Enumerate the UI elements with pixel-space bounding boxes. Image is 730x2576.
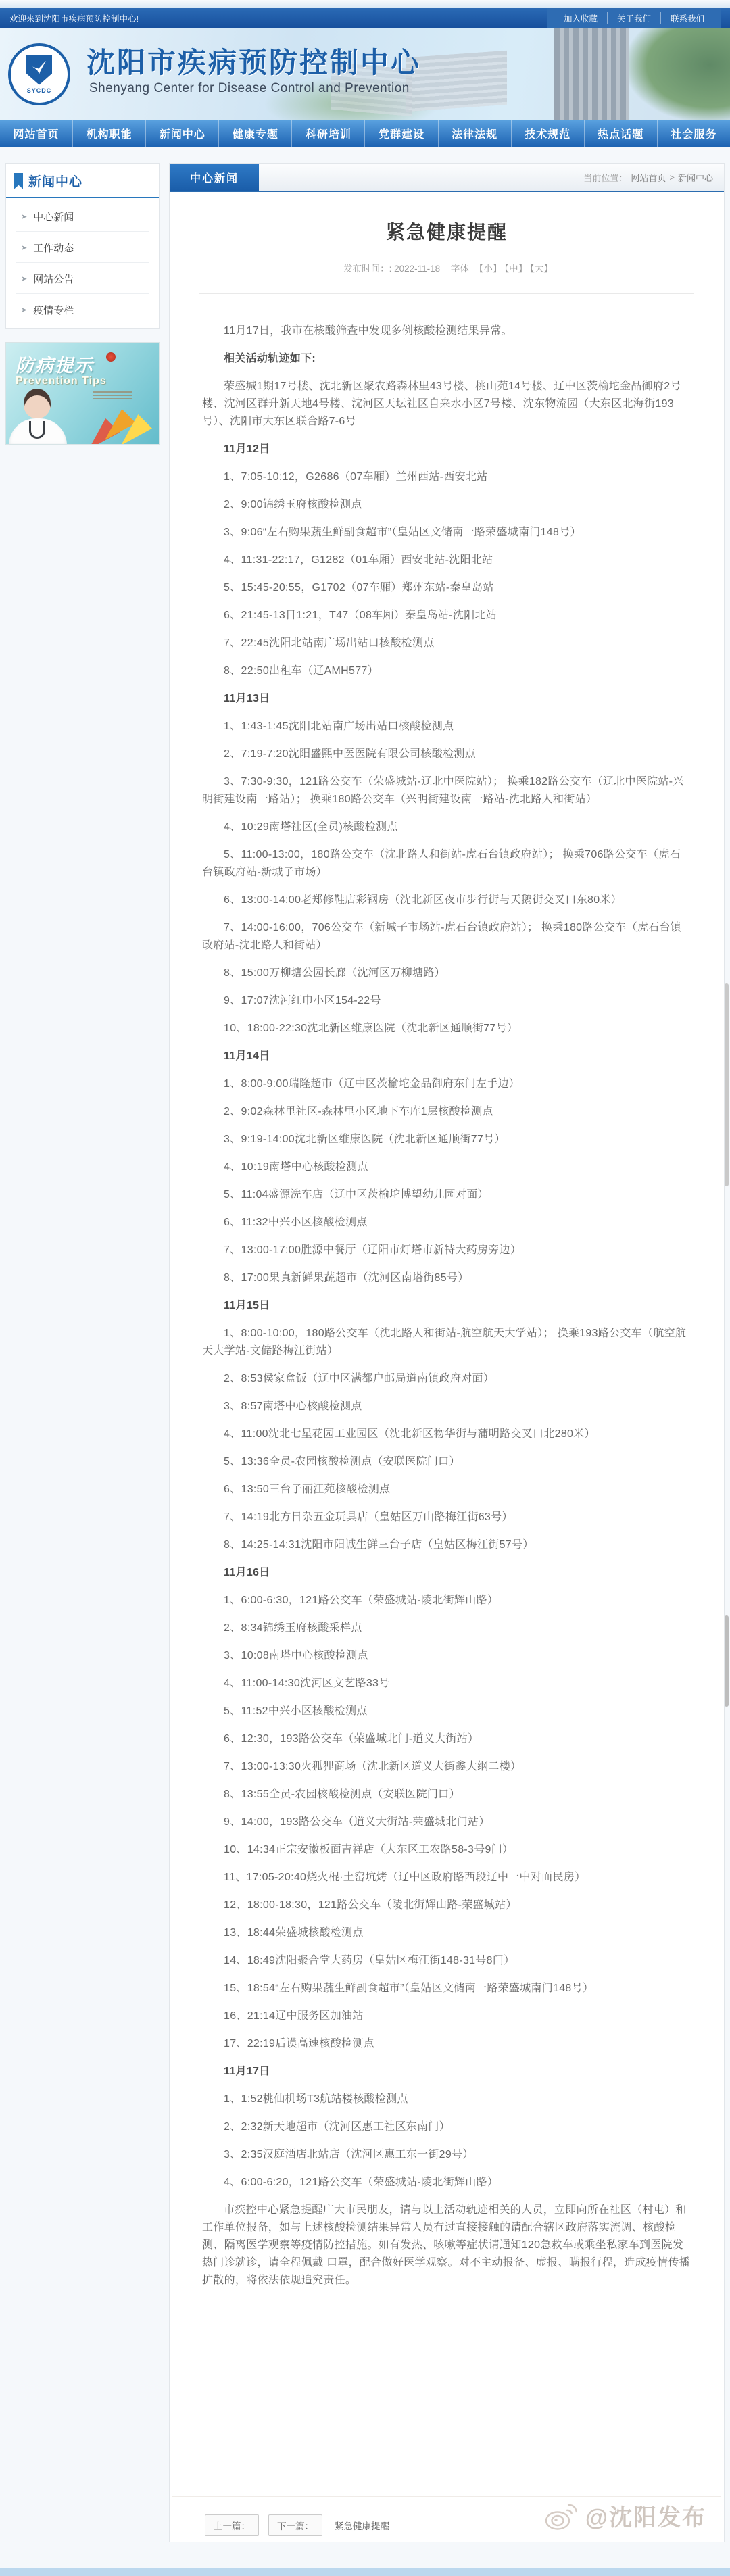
breadcrumb-label: 当前位置： xyxy=(583,171,627,184)
article-paragraph: 11月16日 xyxy=(202,1564,691,1582)
weibo-watermark: @沈阳发布 xyxy=(543,2499,706,2532)
next-article-link[interactable]: 紧急健康提醒 xyxy=(335,2519,389,2532)
sidebar-item-label: 工作动态 xyxy=(33,241,74,255)
article-paragraph: 11、17:05-20:40烧火棍·土窑坑烤（辽中区政府路西段辽中一中对面民房） xyxy=(202,1869,691,1887)
sidebar-menu-box: 新闻中心 ➤ 中心新闻 ➤ 工作动态 ➤ 网站公告 xyxy=(5,163,160,329)
article-paragraph: 6、13:00-14:00老郑修鞋店彩钢房（沈北新区夜市步行街与天鹅街交叉口东8… xyxy=(202,892,691,909)
sidebar-menu-item[interactable]: ➤ 工作动态 xyxy=(6,232,159,263)
nav-item[interactable]: 新闻中心 xyxy=(146,120,219,147)
article-paragraph: 7、14:19北方日杂五金玩具店（皇姑区万山路梅江街63号） xyxy=(202,1509,691,1526)
meta-divider xyxy=(199,293,694,294)
article-paragraph: 11月13日 xyxy=(202,690,691,708)
article-paragraph: 7、13:00-17:00胜源中餐厅（辽阳市灯塔市新特大药房旁边） xyxy=(202,1242,691,1259)
ribbon-bookmark-icon xyxy=(14,173,23,189)
main-nav: 网站首页机构职能新闻中心健康专题科研培训党群建设法律法规技术规范热点话题社会服务 xyxy=(0,120,730,147)
article-paragraph: 1、7:05-10:12，G2686（07车厢）兰州西站-西安北站 xyxy=(202,468,691,486)
article-paragraph: 9、14:00，193路公交车（道义大街站-荣盛城北门站） xyxy=(202,1814,691,1831)
nav-item[interactable]: 法律法规 xyxy=(439,120,512,147)
article-paragraph: 2、8:34锦绣玉府核酸采样点 xyxy=(202,1620,691,1637)
prev-article-button[interactable]: 上一篇： xyxy=(205,2514,259,2536)
article-paragraph: 6、11:32中兴小区核酸检测点 xyxy=(202,1214,691,1232)
article-paragraph: 5、13:36全员-农园核酸检测点（安联医院门口） xyxy=(202,1453,691,1471)
nav-item[interactable]: 机构职能 xyxy=(73,120,146,147)
article-paragraph: 5、11:52中兴小区核酸检测点 xyxy=(202,1703,691,1720)
banner-trees-right xyxy=(629,28,730,120)
article-paragraph: 2、8:53侯家盒饭（辽中区满都户邮局道南镇政府对面） xyxy=(202,1370,691,1388)
article-paragraph: 4、10:19南塔中心核酸检测点 xyxy=(202,1159,691,1176)
article-paragraph: 4、10:29南塔社区(全员)核酸检测点 xyxy=(202,819,691,836)
article-paragraph: 8、13:55全员-农园核酸检测点（安联医院门口） xyxy=(202,1786,691,1803)
next-article-button[interactable]: 下一篇： xyxy=(268,2514,322,2536)
font-size-option[interactable]: 【中】 xyxy=(504,264,527,274)
nav-item[interactable]: 网站首页 xyxy=(0,120,73,147)
article-paragraph: 4、11:31-22:17，G1282（01车厢）西安北站-沈阳北站 xyxy=(202,552,691,569)
article-paragraph: 2、7:19-7:20沈阳盛熙中医医院有限公司核酸检测点 xyxy=(202,746,691,763)
article-paragraph: 11月15日 xyxy=(202,1297,691,1315)
content-panel: 中心新闻 当前位置： 网站首页 > 新闻中心 紧急健康提醒 发布时间：: 202… xyxy=(169,163,725,2542)
article-paragraph: 2、9:00锦绣玉府核酸检测点 xyxy=(202,496,691,514)
breadcrumb-separator: > xyxy=(669,172,675,183)
article-paragraph: 3、10:08南塔中心核酸检测点 xyxy=(202,1647,691,1665)
article-paragraph: 4、11:00-14:30沈河区文艺路33号 xyxy=(202,1675,691,1693)
article-paragraph: 9、17:07沈河红巾小区154-22号 xyxy=(202,992,691,1010)
article-paragraph: 6、12:30，193路公交车（荣盛城北门-道义大街站） xyxy=(202,1730,691,1748)
article-paragraph: 7、22:45沈阳北站南广场出站口核酸检测点 xyxy=(202,635,691,652)
scrollbar-thumb[interactable] xyxy=(725,1615,729,1707)
article-paragraph: 8、14:25-14:31沈阳市阳诚生鲜三台子店（皇姑区梅江街57号） xyxy=(202,1536,691,1554)
article-paragraph: 市疾控中心紧急提醒广大市民朋友，请与以上活动轨迹相关的人员，立即向所在社区（村屯… xyxy=(202,2202,691,2289)
arrow-right-icon: ➤ xyxy=(21,212,27,221)
shield-dove-icon xyxy=(26,55,52,85)
sidebar-menu: ➤ 中心新闻 ➤ 工作动态 ➤ 网站公告 ➤ xyxy=(6,198,159,328)
article-paragraph: 2、2:32新天地超市（沈河区惠工社区东南门） xyxy=(202,2118,691,2136)
article-paragraph: 11月14日 xyxy=(202,1048,691,1065)
article-paragraph: 1、1:43-1:45沈阳北站南广场出站口核酸检测点 xyxy=(202,718,691,735)
sidebar-item-label: 疫情专栏 xyxy=(33,303,74,317)
article-paragraph: 3、9:06“左右购果蔬生鲜副食超市”（皇姑区文储南一路荣盛城南门148号） xyxy=(202,524,691,541)
article-paragraph: 1、1:52桃仙机场T3航站楼核酸检测点 xyxy=(202,2091,691,2108)
weibo-icon xyxy=(543,2501,580,2531)
article-paragraph: 8、15:00万柳塘公园长廊（沈河区万柳塘路） xyxy=(202,965,691,982)
article-paragraph: 7、14:00-16:00，706公交车（新城子市场站-虎石台镇政府站）； 换乘… xyxy=(202,919,691,954)
site-banner: SYCDC 沈阳市疾病预防控制中心 Shenyang Center for Di… xyxy=(0,28,730,120)
article-paragraph: 4、11:00沈北七星花园工业园区（沈北新区物华街与蒲明路交叉口北280米） xyxy=(202,1426,691,1443)
topbar-link[interactable]: 关于我们 xyxy=(608,12,661,24)
page-bottom-strip xyxy=(0,2568,730,2576)
sidebar: 新闻中心 ➤ 中心新闻 ➤ 工作动态 ➤ 网站公告 xyxy=(5,163,160,445)
article-title: 紧急健康提醒 xyxy=(202,218,691,245)
breadcrumb-home-link[interactable]: 网站首页 xyxy=(631,171,666,184)
article-paragraph: 6、13:50三台子丽江苑核酸检测点 xyxy=(202,1481,691,1499)
arrow-right-icon: ➤ xyxy=(21,274,27,283)
stethoscope-icon xyxy=(29,421,45,439)
breadcrumb: 当前位置： 网站首页 > 新闻中心 xyxy=(583,171,713,184)
sycdc-logo: SYCDC xyxy=(8,43,70,105)
sidebar-header: 新闻中心 xyxy=(6,164,159,198)
sidebar-menu-item[interactable]: ➤ 疫情专栏 xyxy=(6,294,159,325)
tab-center-news[interactable]: 中心新闻 xyxy=(170,164,259,191)
article-paragraph: 荣盛城1期17号楼、沈北新区聚农路森林里43号楼、桃山苑14号楼、辽中区茨榆坨金… xyxy=(202,378,691,431)
article-paragraph: 15、18:54“左右购果蔬生鲜副食超市”（皇姑区文储南一路荣盛城南门148号） xyxy=(202,1980,691,1997)
article-paragraph: 11月12日 xyxy=(202,441,691,458)
article-paragraph: 7、13:00-13:30火狐狸商场（沈北新区道义大街鑫大纲二楼） xyxy=(202,1758,691,1776)
main-area: 新闻中心 ➤ 中心新闻 ➤ 工作动态 ➤ 网站公告 xyxy=(0,147,730,2542)
topbar: 欢迎来到沈阳市疾病预防控制中心! 加入收藏关于我们联系我们 xyxy=(0,8,730,28)
red-dot-icon xyxy=(106,352,116,362)
font-size-controls: 【小】【中】【大】 xyxy=(473,264,554,274)
sidebar-title: 新闻中心 xyxy=(28,172,82,190)
nav-item[interactable]: 党群建设 xyxy=(365,120,438,147)
banner-fineprint-lines xyxy=(93,391,132,402)
article-paragraph: 14、18:49沈阳聚合堂大药房（皇姑区梅江街148-31号8门） xyxy=(202,1952,691,1970)
article-paragraph: 1、8:00-9:00瑞隆超市（辽中区茨榆坨金品御府东门左手边） xyxy=(202,1075,691,1093)
topbar-link[interactable]: 联系我们 xyxy=(661,12,714,24)
article-paragraph: 11月17日 xyxy=(202,2063,691,2081)
publish-time: 发布时间：: 2022-11-18 xyxy=(343,264,440,274)
sidebar-item-label: 网站公告 xyxy=(33,272,74,286)
article: 紧急健康提醒 发布时间：: 2022-11-18 字体【小】【中】【大】 11月… xyxy=(170,192,724,2484)
nav-item[interactable]: 健康专题 xyxy=(219,120,292,147)
article-paragraph: 3、9:19-14:00沈北新区维康医院（沈北新区通顺街77号） xyxy=(202,1131,691,1148)
article-paragraph: 17、22:19后谟高速核酸检测点 xyxy=(202,2035,691,2053)
article-paragraph: 5、15:45-20:55，G1702（07车厢）郑州东站-秦皇岛站 xyxy=(202,579,691,597)
article-paragraph: 4、6:00-6:20，121路公交车（荣盛城站-陵北街辉山路） xyxy=(202,2174,691,2191)
font-size-option[interactable]: 【大】 xyxy=(530,264,553,274)
nurse-head xyxy=(24,389,51,418)
nav-item[interactable]: 科研培训 xyxy=(292,120,365,147)
article-meta: 发布时间：: 2022-11-18 字体【小】【中】【大】 xyxy=(202,261,691,274)
prevention-tips-banner[interactable]: 防病提示 Prevention Tips xyxy=(5,342,160,445)
article-paragraph: 8、22:50出租车（辽AMH577） xyxy=(202,662,691,680)
article-paragraph: 13、18:44荣盛城核酸检测点 xyxy=(202,1924,691,1942)
article-paragraph: 3、8:57南塔中心核酸检测点 xyxy=(202,1398,691,1415)
sidebar-item-label: 中心新闻 xyxy=(33,210,74,224)
article-body: 11月17日，我市在核酸筛查中发现多例核酸检测结果异常。相关活动轨迹如下:荣盛城… xyxy=(202,322,691,2289)
logo-text: SYCDC xyxy=(27,87,52,94)
article-paragraph: 3、7:30-9:30，121路公交车（荣盛城站-辽北中医院站）； 换乘182路… xyxy=(202,773,691,808)
article-paragraph: 3、2:35汉庭酒店北站店（沈河区惠工东一街29号） xyxy=(202,2146,691,2164)
watermark-text: @沈阳发布 xyxy=(585,2499,706,2532)
article-paragraph: 6、21:45-13日1:21，T47（08车厢）秦皇岛站-沈阳北站 xyxy=(202,607,691,625)
site-subtitle: Shenyang Center for Disease Control and … xyxy=(89,81,410,96)
breadcrumb-section-link[interactable]: 新闻中心 xyxy=(678,171,713,184)
article-paragraph: 8、17:00果真新鲜果蔬超市（沈河区南塔街85号） xyxy=(202,1269,691,1287)
arrow-right-icon: ➤ xyxy=(21,306,27,314)
article-paragraph: 5、11:00-13:00，180路公交车（沈北路人和街站-虎石台镇政府站）； … xyxy=(202,846,691,881)
topbar-link[interactable]: 加入收藏 xyxy=(554,12,608,24)
font-size-label: 字体 xyxy=(451,264,469,274)
banner-title: 防病提示 xyxy=(16,351,94,377)
article-paragraph: 2、9:02森林里社区-森林里小区地下车库1层核酸检测点 xyxy=(202,1103,691,1121)
font-size-option[interactable]: 【小】 xyxy=(474,264,502,274)
site-title: 沈阳市疾病预防控制中心 xyxy=(87,41,421,81)
article-paragraph: 相关活动轨迹如下: xyxy=(202,350,691,368)
nav-item[interactable]: 社会服务 xyxy=(658,120,730,147)
article-paragraph: 11月17日，我市在核酸筛查中发现多例核酸检测结果异常。 xyxy=(202,322,691,340)
article-paragraph: 5、11:04盛源洗车店（辽中区茨榆坨博望幼儿园对面） xyxy=(202,1186,691,1204)
banner-tower-building xyxy=(554,28,629,120)
article-paragraph: 10、18:00-22:30沈北新区维康医院（沈北新区通顺街77号） xyxy=(202,1020,691,1038)
welcome-text: 欢迎来到沈阳市疾病预防控制中心! xyxy=(9,12,139,24)
article-paragraph: 12、18:00-18:30，121路公交车（陵北街辉山路-荣盛城站） xyxy=(202,1897,691,1914)
article-paragraph: 1、6:00-6:30，121路公交车（荣盛城站-陵北街辉山路） xyxy=(202,1592,691,1609)
nav-item[interactable]: 热点话题 xyxy=(585,120,658,147)
article-paragraph: 1、8:00-10:00，180路公交车（沈北路人和街站-航空航天大学站）； 换… xyxy=(202,1325,691,1360)
article-paragraph: 10、14:34正宗安徽板面吉祥店（大东区工农路58-3号9门） xyxy=(202,1841,691,1859)
content-tabbar: 中心新闻 当前位置： 网站首页 > 新闻中心 xyxy=(170,164,724,192)
page-top-strip xyxy=(0,0,730,8)
banner-subtitle: Prevention Tips xyxy=(16,375,107,387)
arrow-right-icon: ➤ xyxy=(21,243,27,252)
scrollbar-thumb[interactable] xyxy=(725,983,729,1186)
article-paragraph: 16、21:14辽中服务区加油站 xyxy=(202,2008,691,2025)
sidebar-menu-item[interactable]: ➤ 网站公告 xyxy=(6,263,159,294)
sidebar-menu-item[interactable]: ➤ 中心新闻 xyxy=(6,201,159,232)
topbar-links: 加入收藏关于我们联系我们 xyxy=(547,8,721,28)
nav-item[interactable]: 技术规范 xyxy=(512,120,585,147)
